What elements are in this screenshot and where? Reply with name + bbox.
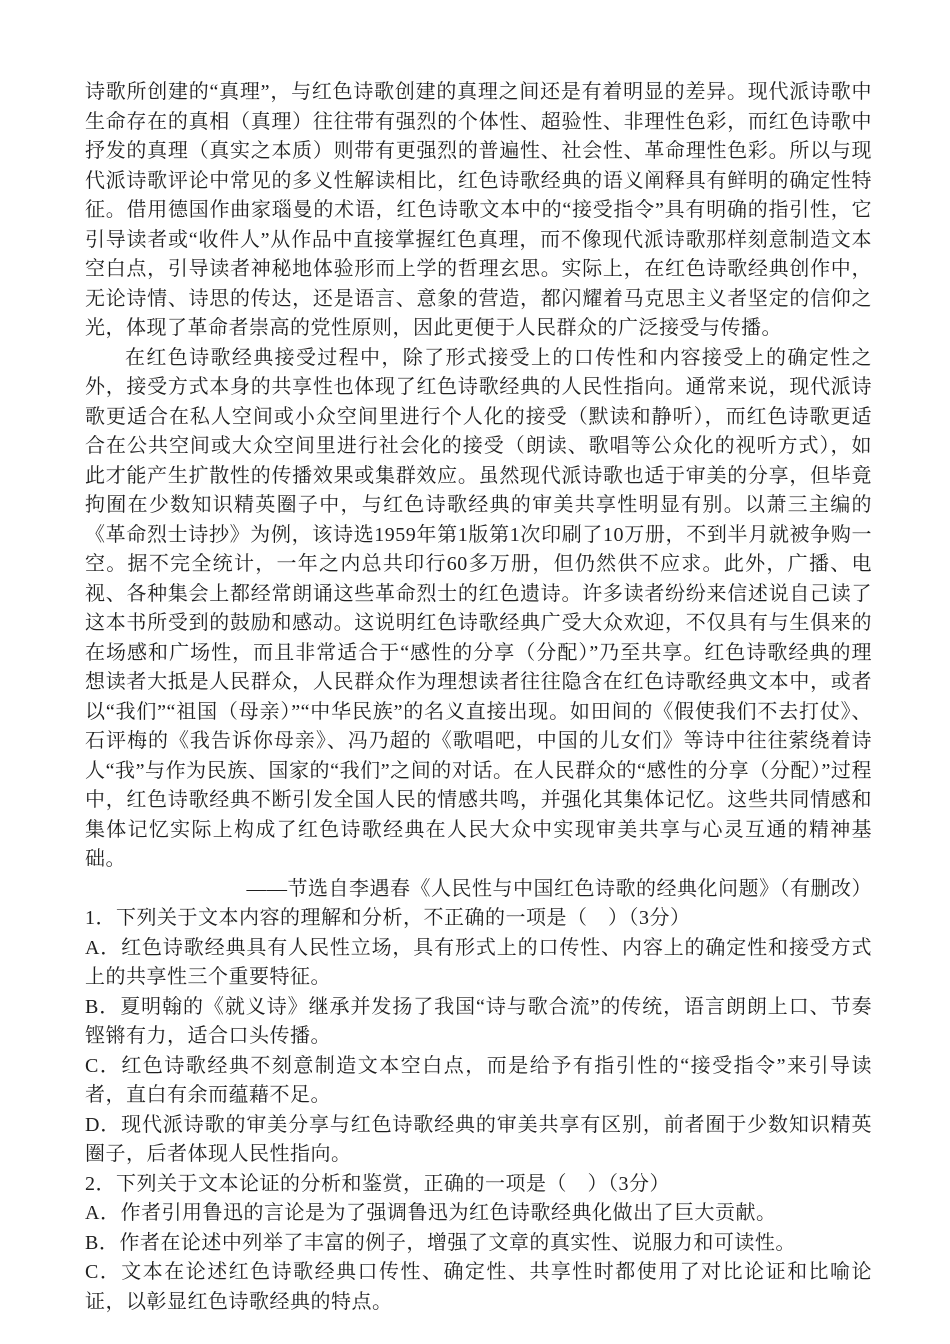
question-2-option-b: B．作者在论述中列举了丰富的例子，增强了文章的真实性、说服力和可读性。 [85, 1229, 872, 1259]
question-2-stem: 2．下列关于文本论证的分析和鉴赏，正确的一项是（ ）（3分） [85, 1170, 872, 1200]
exam-content: 诗歌所创建的“真理”，与红色诗歌创建的真理之间还是有着明显的差异。现代派诗歌中生… [85, 78, 872, 1317]
question-1-stem: 1．下列关于文本内容的理解和分析，不正确的一项是（ ）（3分） [85, 904, 872, 934]
passage-attribution: ——节选自李遇春《人民性与中国红色诗歌的经典化问题》（有删改） [85, 875, 872, 905]
exam-page: 诗歌所创建的“真理”，与红色诗歌创建的真理之间还是有着明显的差异。现代派诗歌中生… [0, 0, 950, 1344]
question-1-option-a: A．红色诗歌经典具有人民性立场，具有形式上的口传性、内容上的确定性和接受方式上的… [85, 934, 872, 993]
question-1-option-b: B．夏明翰的《就义诗》继承并发扬了我国“诗与歌合流”的传统，语言朗朗上口、节奏铿… [85, 993, 872, 1052]
passage-paragraph-2: 在红色诗歌经典接受过程中，除了形式接受上的口传性和内容接受上的确定性之外，接受方… [85, 344, 872, 875]
question-2-option-a: A．作者引用鲁迅的言论是为了强调鲁迅为红色诗歌经典化做出了巨大贡献。 [85, 1199, 872, 1229]
question-1-option-c: C．红色诗歌经典不刻意制造文本空白点，而是给予有指引性的“接受指令”来引导读者，… [85, 1052, 872, 1111]
question-2-option-c: C．文本在论述红色诗歌经典口传性、确定性、共享性时都使用了对比论证和比喻论证，以… [85, 1258, 872, 1317]
question-1-option-d: D．现代派诗歌的审美分享与红色诗歌经典的审美共享有区别，前者囿于少数知识精英圈子… [85, 1111, 872, 1170]
passage-paragraph-1: 诗歌所创建的“真理”，与红色诗歌创建的真理之间还是有着明显的差异。现代派诗歌中生… [85, 78, 872, 344]
